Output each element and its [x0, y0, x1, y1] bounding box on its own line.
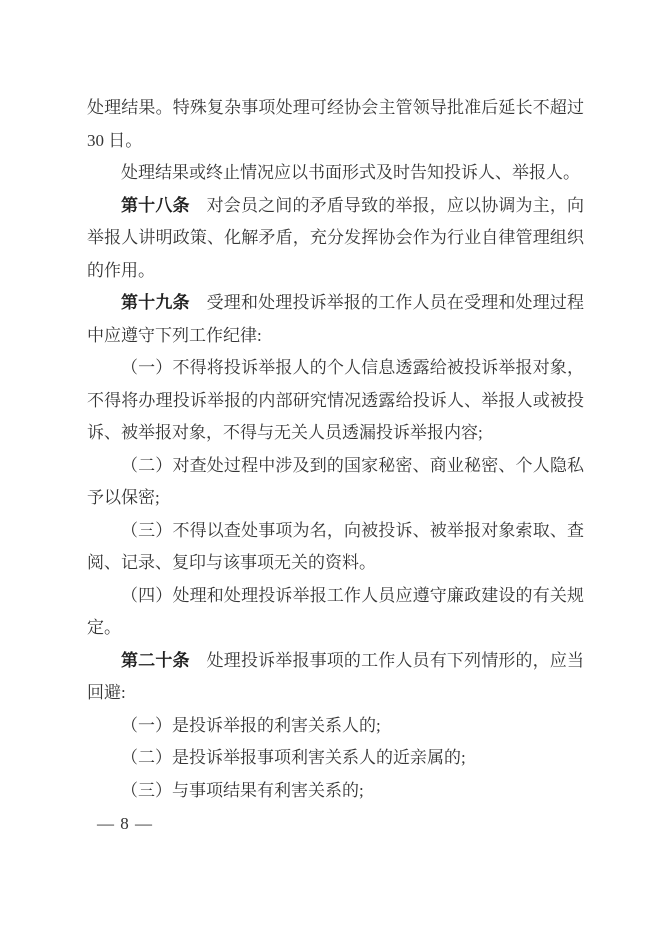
paragraph-text: （三）不得以查处事项为名，向被投诉、被举报对象索取、查阅、记录、复印与该事项无关…: [87, 521, 584, 573]
article-number-label: 第二十条: [121, 651, 190, 670]
paragraph-item-4: （四）处理和处理投诉举报工作人员应遵守廉政建设的有关规定。: [87, 580, 584, 645]
paragraph-item-2: （二）对查处过程中涉及到的国家秘密、商业秘密、个人隐私予以保密;: [87, 450, 584, 515]
paragraph-item-1: （一）不得将投诉举报人的个人信息透露给被投诉举报对象，不得将办理投诉举报的内部研…: [87, 352, 584, 450]
paragraph-text: （一）不得将投诉举报人的个人信息透露给被投诉举报对象，不得将办理投诉举报的内部研…: [87, 358, 584, 442]
document-body: 处理结果。特殊复杂事项处理可经协会主管领导批准后延长不超过30 日。 处理结果或…: [87, 92, 584, 807]
page-number: — 8 —: [97, 812, 153, 836]
paragraph: 处理结果。特殊复杂事项处理可经协会主管领导批准后延长不超过30 日。: [87, 92, 584, 157]
paragraph-item-1: （一）是投诉举报的利害关系人的;: [87, 710, 584, 743]
paragraph-item-2: （二）是投诉举报事项利害关系人的近亲属的;: [87, 742, 584, 775]
article-number-label: 第十九条: [121, 293, 190, 312]
paragraph-text: 处理结果。特殊复杂事项处理可经协会主管领导批准后延长不超过30 日。: [87, 98, 584, 150]
paragraph: 处理结果或终止情况应以书面形式及时告知投诉人、举报人。: [87, 157, 584, 190]
paragraph-text: （一）是投诉举报的利害关系人的;: [121, 716, 381, 735]
paragraph-item-3: （三）与事项结果有利害关系的;: [87, 775, 584, 808]
paragraph-text: 处理结果或终止情况应以书面形式及时告知投诉人、举报人。: [121, 163, 580, 182]
article-number-label: 第十八条: [121, 196, 190, 215]
paragraph-item-3: （三）不得以查处事项为名，向被投诉、被举报对象索取、查阅、记录、复印与该事项无关…: [87, 515, 584, 580]
paragraph-article-20: 第二十条处理投诉举报事项的工作人员有下列情形的，应当回避:: [87, 645, 584, 710]
paragraph-text: （四）处理和处理投诉举报工作人员应遵守廉政建设的有关规定。: [87, 586, 584, 638]
document-page: 处理结果。特殊复杂事项处理可经协会主管领导批准后延长不超过30 日。 处理结果或…: [0, 0, 661, 935]
paragraph-text: （二）对查处过程中涉及到的国家秘密、商业秘密、个人隐私予以保密;: [87, 456, 584, 508]
paragraph-text: （三）与事项结果有利害关系的;: [121, 781, 364, 800]
paragraph-article-19: 第十九条受理和处理投诉举报的工作人员在受理和处理过程中应遵守下列工作纪律:: [87, 287, 584, 352]
paragraph-text: （二）是投诉举报事项利害关系人的近亲属的;: [121, 748, 466, 767]
paragraph-article-18: 第十八条对会员之间的矛盾导致的举报，应以协调为主，向举报人讲明政策、化解矛盾，充…: [87, 190, 584, 288]
